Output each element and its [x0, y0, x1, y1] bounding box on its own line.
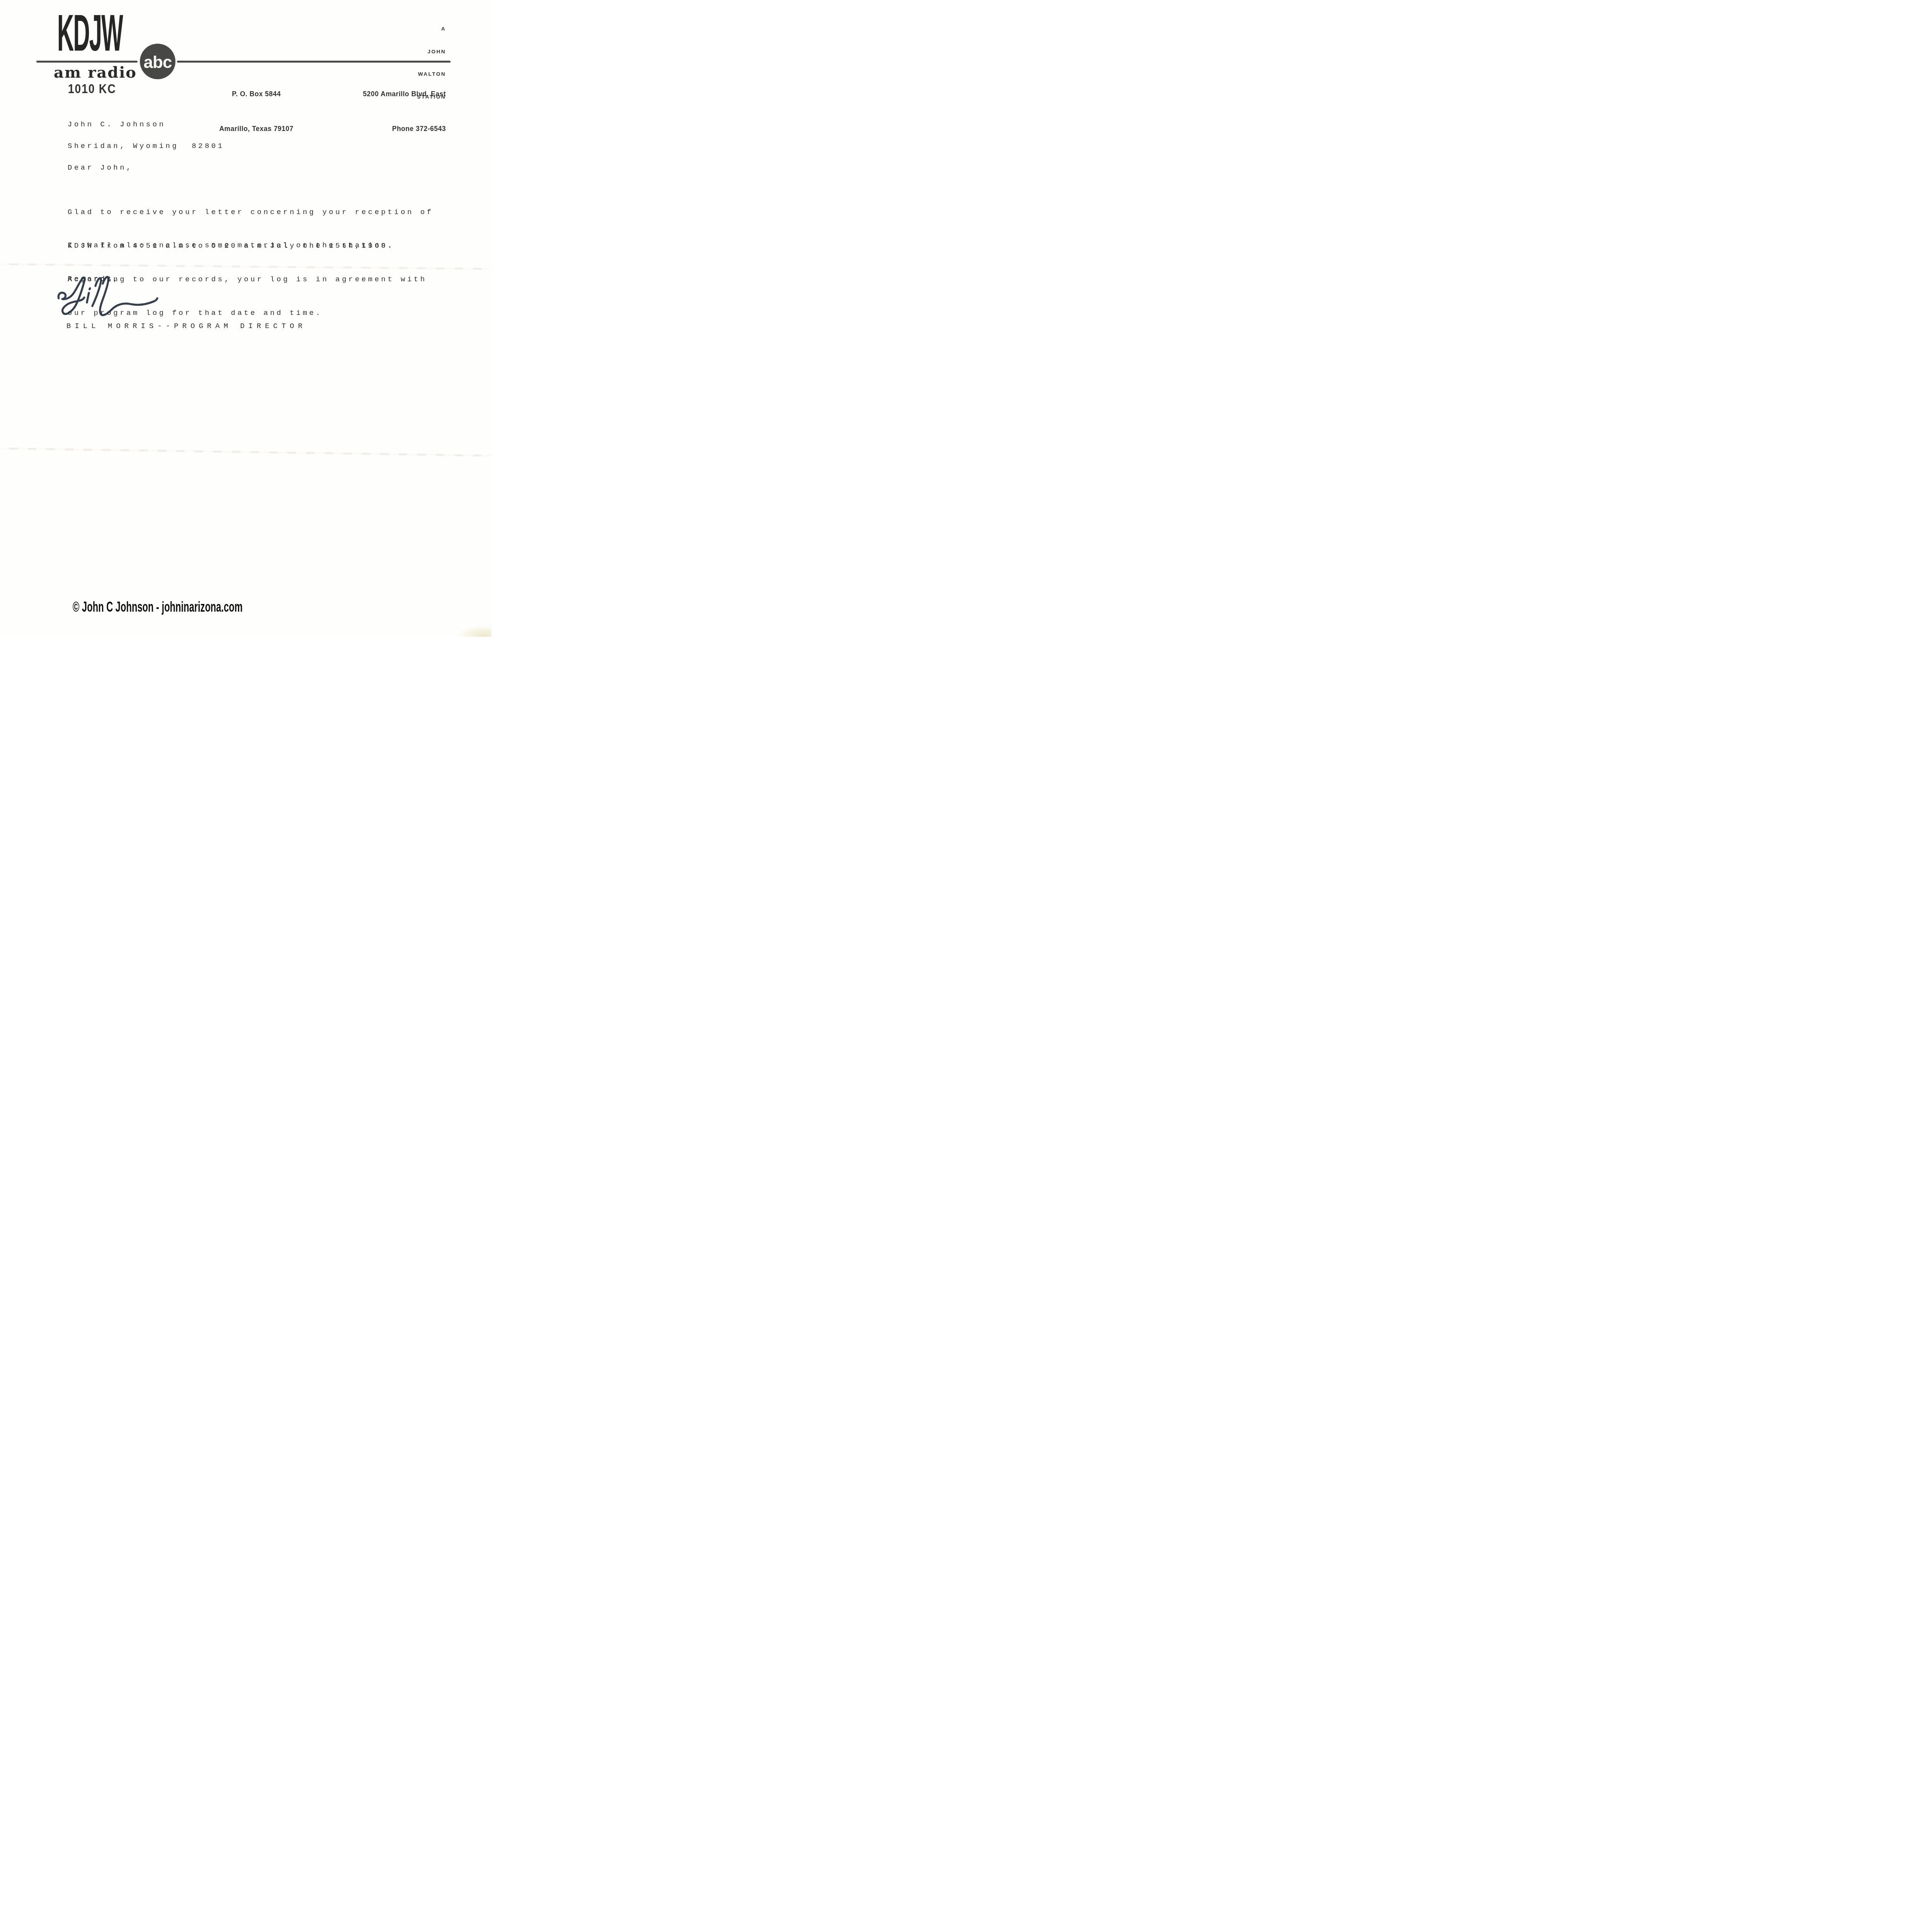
- mailing-address-block: P. O. Box 5844 Amarillo, Texas 79107: [215, 65, 298, 158]
- abc-logo-text: abc: [144, 52, 172, 71]
- affiliation-line-1: A: [417, 25, 446, 33]
- scanned-letter-page: KDJW abc am radio 1010 KC A JOHN WALTON …: [0, 0, 492, 637]
- frequency-label: 1010 KC: [68, 82, 116, 96]
- body-line-1: Glad to receive your letter concerning y…: [68, 207, 434, 218]
- po-box-line: P. O. Box 5844: [215, 88, 298, 100]
- letterhead-rule-left: [36, 61, 138, 63]
- affiliation-line-2: JOHN: [417, 48, 446, 56]
- copyright-watermark: © John C Johnson - johninarizona.com: [73, 599, 243, 615]
- am-radio-label: am radio: [54, 64, 137, 81]
- signature-title-line: BILL MORRIS--PROGRAM DIRECTOR: [66, 321, 306, 332]
- phone-line: Phone 372-6543: [345, 123, 446, 134]
- signature-bill-handwriting: [56, 274, 162, 325]
- recipient-location: Sheridan, Wyoming 82801: [68, 141, 224, 152]
- body-paragraph-2: I shall also enclose some material on th…: [68, 240, 394, 251]
- abc-network-logo: abc: [140, 44, 175, 79]
- city-state-line: Amarillo, Texas 79107: [215, 123, 298, 134]
- kdjw-logo-text: KDJW: [57, 8, 122, 59]
- recipient-name: John C. Johnson: [68, 119, 166, 130]
- scan-smudge: [457, 625, 492, 637]
- street-line: 5200 Amarillo Blvd. East: [345, 88, 446, 100]
- street-address-block: 5200 Amarillo Blvd. East Phone 372-6543: [345, 65, 446, 158]
- fold-crease-lower: [0, 447, 492, 457]
- salutation: Dear John,: [68, 162, 133, 173]
- letterhead-rule-right: [177, 61, 451, 63]
